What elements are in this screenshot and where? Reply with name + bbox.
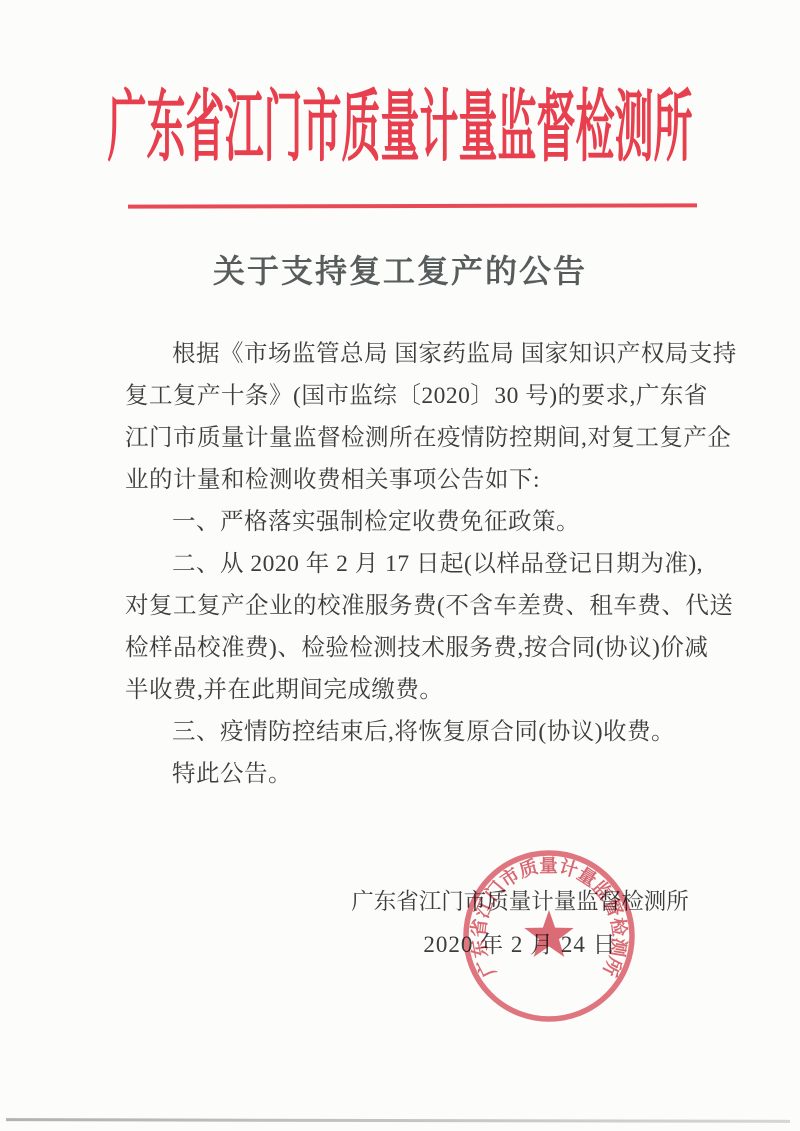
body-line: 业的计量和检测收费相关事项公告如下: (125, 459, 700, 501)
body-line: 特此公告。 (125, 753, 700, 795)
document-body: 根据《市场监管总局 国家药监局 国家知识产权局支持 复工复产十条》(国市监综〔2… (125, 333, 700, 795)
body-line: 检样品校准费)、检验检测技术服务费,按合同(协议)价减 (125, 627, 700, 669)
svg-text:广东省江门市质量计量监督检测所: 广东省江门市质量计量监督检测所 (467, 856, 630, 981)
scanned-document-page: 广东省江门市质量计量监督检测所 关于支持复工复产的公告 根据《市场监管总局 国家… (0, 0, 800, 1131)
body-line: 对复工复产企业的校准服务费(不含车差费、租车费、代送 (125, 585, 700, 627)
letterhead-org-name: 广东省江门市质量计量监督检测所 (107, 89, 692, 167)
paper-edge-shadow (6, 1118, 790, 1123)
body-line: 三、疫情防控结束后,将恢复原合同(协议)收费。 (125, 711, 700, 753)
document-title: 关于支持复工复产的公告 (0, 246, 800, 292)
signature-org-name: 广东省江门市质量计量监督检测所 (348, 884, 692, 916)
body-line: 复工复产十条》(国市监综〔2020〕30 号)的要求,广东省 (125, 375, 700, 417)
body-line: 半收费,并在此期间完成缴费。 (125, 669, 700, 711)
letterhead: 广东省江门市质量计量监督检测所 (0, 88, 800, 168)
letterhead-rule (128, 203, 697, 208)
seal-text: 广东省江门市质量计量监督检测所 (467, 856, 630, 981)
body-line: 根据《市场监管总局 国家药监局 国家知识产权局支持 (125, 333, 700, 375)
signature-date: 2020 年 2 月 24 日 (348, 926, 692, 959)
body-line: 二、从 2020 年 2 月 17 日起(以样品登记日期为准), (125, 543, 700, 585)
body-line: 一、严格落实强制检定收费免征政策。 (125, 501, 700, 543)
body-line: 江门市质量计量监督检测所在疫情防控期间,对复工复产企 (125, 417, 700, 459)
